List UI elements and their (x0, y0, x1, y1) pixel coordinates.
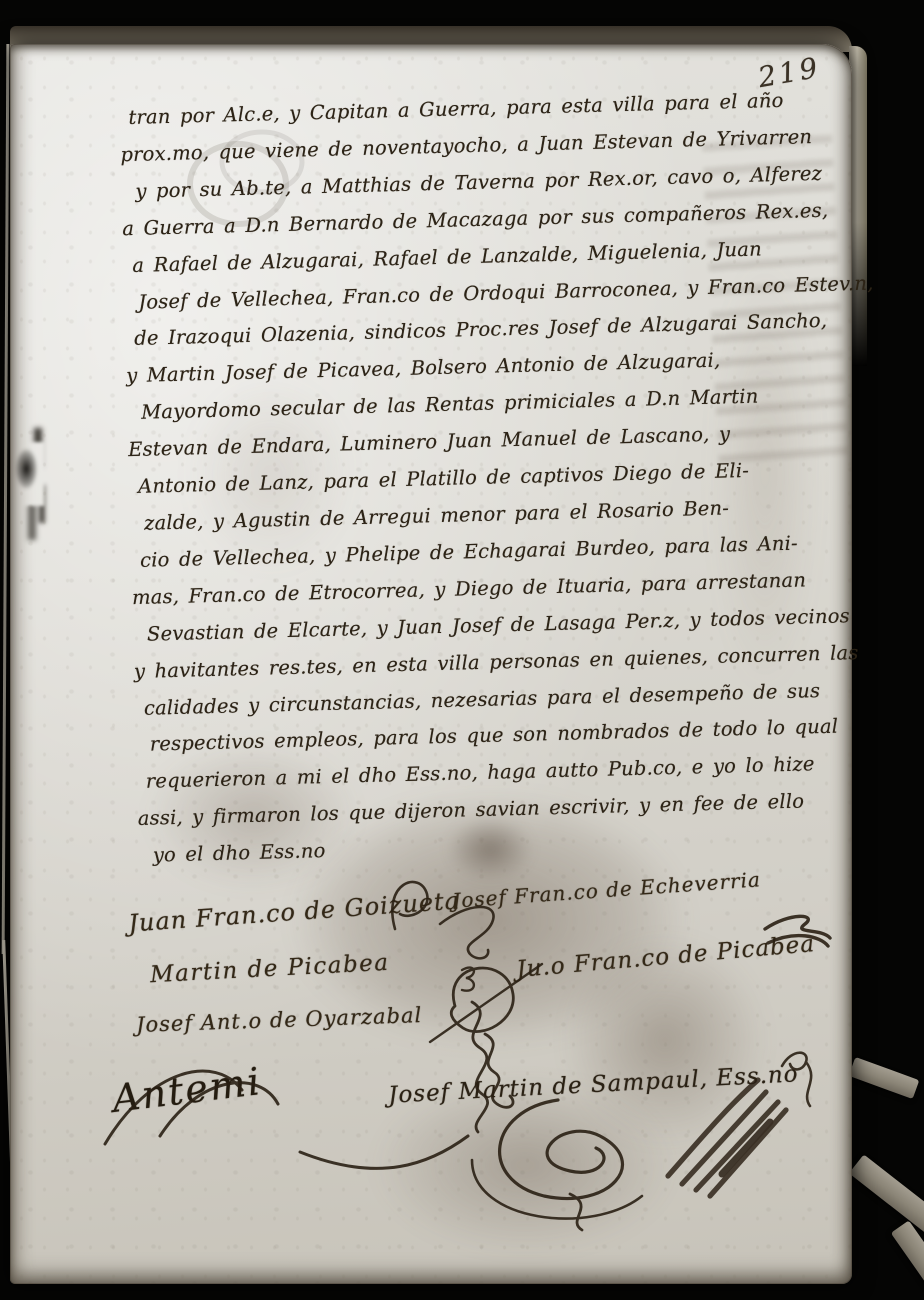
signature-oyarzabal: Josef Ant.o de Oyarzabal (136, 1003, 423, 1037)
signature-echeverria: Josef Fran.co de Echeverria (452, 867, 762, 913)
binding-tie (849, 1154, 924, 1233)
manuscript-text-block: tran por Alc.e, y Capitan a Guerra, para… (128, 82, 854, 875)
manuscript-photo: 219 tran por Alc.e, y Capitan a Guerra, … (0, 0, 924, 1300)
signature-martin-picabea: Martin de Picabea (149, 950, 390, 989)
binding-tie (891, 1220, 924, 1293)
binding-gutter-line (2, 44, 10, 954)
ink-blot (12, 442, 44, 506)
signature-juan-picabea: Ju.o Fran.co de Picabea (515, 931, 816, 983)
binding-tie (849, 1057, 920, 1099)
manuscript-page: 219 tran por Alc.e, y Capitan a Guerra, … (10, 44, 852, 1284)
signature-goizueta: Juan Fran.co de Goizueta (127, 886, 460, 937)
signature-ante-mi: Antemi (110, 1059, 264, 1121)
signature-sampaul-escribano: Josef Martin de Sampaul, Ess.no (388, 1061, 800, 1108)
